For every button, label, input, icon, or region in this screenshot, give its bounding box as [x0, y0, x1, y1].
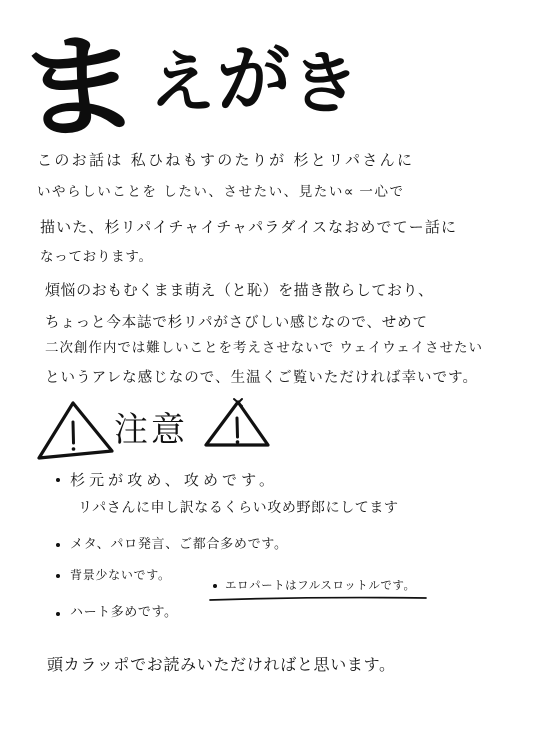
text-line: なっております。: [40, 247, 152, 267]
bullet-dot: [213, 584, 217, 588]
title-char: が: [216, 41, 293, 118]
caution-heading: 注意: [114, 410, 188, 450]
title-char: ま: [14, 30, 144, 146]
text-line: いやらしいことを したい、させたい、見たい∝ 一心で: [37, 182, 403, 202]
bullet-dot: [56, 543, 60, 547]
caution-item-text: 背景少ないです。: [70, 565, 170, 585]
closing-line: 頭カラッポでお読みいただければと思います。: [47, 654, 395, 676]
text-line: というアレな感じなので、生温くご覧いただければ幸いです。: [45, 368, 477, 388]
bullet-dot: [56, 574, 60, 578]
bullet-dot: [56, 612, 60, 616]
caution-item-subtext: リパさんに申し訳なるくらい攻め野郎にしてます: [78, 498, 398, 518]
caution-item-text: ハート多めです。: [70, 603, 177, 623]
text-line: 煩悩のおもむくまま萌え（と恥）を描き散らしており、: [45, 280, 433, 300]
warning-icon: [200, 396, 274, 452]
foreword-page: ま え が き このお話は 私ひねもすのたりが 杉とリパさんに いやらしいことを…: [0, 0, 533, 746]
caution-item-text: 杉元が攻め、攻めです。: [70, 470, 274, 490]
text-line: 描いた、杉リパイチャイチャパラダイスなおめでてー話に: [40, 217, 456, 237]
warning-icon: [34, 398, 116, 464]
text-line: このお話は 私ひねもすのたりが 杉とリパさんに: [37, 150, 412, 170]
title-char: え: [148, 48, 217, 117]
caution-item-text: メタ、パロ発言、ご都合多めです。: [70, 535, 287, 555]
bullet-dot: [56, 478, 60, 482]
text-line: ちょっと今本誌で杉リパがさびしい感じなので、せめて: [45, 313, 427, 333]
title-char: き: [290, 50, 360, 120]
text-line: 二次創作内では難しいことを考えさせないで ウェイウェイさせたい: [45, 338, 482, 358]
underline-stroke: [206, 592, 430, 604]
